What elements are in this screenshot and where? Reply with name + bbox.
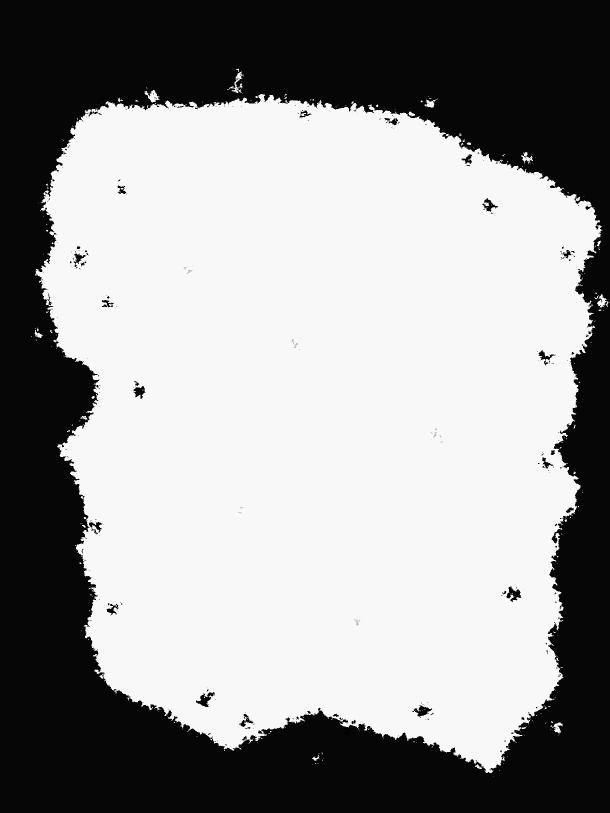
brush-stroke-shape [27, 62, 604, 770]
brush-stroke-group [27, 62, 604, 770]
grunge-texture-canvas [0, 0, 610, 813]
brush-stroke-graphic [0, 0, 610, 813]
